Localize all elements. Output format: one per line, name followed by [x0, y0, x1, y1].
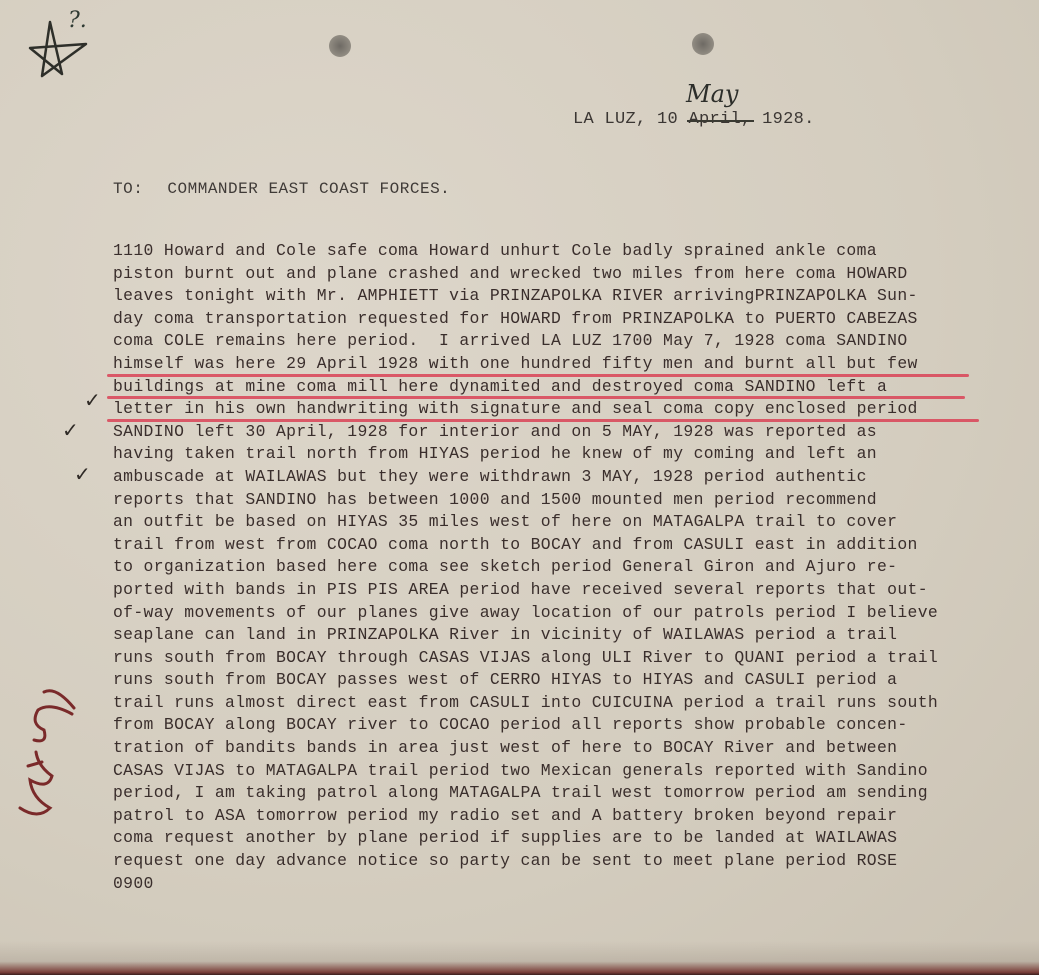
body-line: piston burnt out and plane crashed and w… — [113, 263, 1013, 286]
body-line: reports that SANDINO has between 1000 an… — [113, 489, 1013, 512]
body-line: 1110 Howard and Cole safe coma Howard un… — [113, 240, 1013, 263]
body-line: request one day advance notice so party … — [113, 850, 1013, 873]
body-line: having taken trail north from HIYAS peri… — [113, 443, 1013, 466]
body-line: letter in his own handwriting with signa… — [113, 398, 1013, 421]
body-line: runs south from BOCAY passes west of CER… — [113, 669, 1013, 692]
body-line: tration of bandits bands in area just we… — [113, 737, 1013, 760]
body-line: runs south from BOCAY through CASAS VIJA… — [113, 647, 1013, 670]
body-line: CASAS VIJAS to MATAGALPA trail period tw… — [113, 760, 1013, 783]
addressee-line: TO: COMMANDER EAST COAST FORCES. — [113, 180, 450, 198]
body-line: himself was here 29 April 1928 with one … — [113, 353, 1013, 376]
body-line: seaplane can land in PRINZAPOLKA River i… — [113, 624, 1013, 647]
body-line: of-way movements of our planes give away… — [113, 602, 1013, 625]
body-line: from BOCAY along BOCAY river to COCAO pe… — [113, 714, 1013, 737]
question-mark-annotation: ?. — [68, 8, 87, 33]
addressee-label: TO: — [113, 180, 143, 198]
struck-month: April, — [689, 110, 752, 129]
punch-hole-left — [329, 35, 351, 57]
checkmark-icon: ✓ — [84, 388, 101, 412]
body-line: period, I am taking patrol along MATAGAL… — [113, 782, 1013, 805]
body-line: buildings at mine coma mill here dynamit… — [113, 376, 1013, 399]
message-body: 1110 Howard and Cole safe coma Howard un… — [113, 240, 1013, 895]
document-page: ?. May LA LUZ, 10 April, 1928. TO: COMMA… — [0, 0, 1039, 975]
body-line: SANDINO left 30 April, 1928 for interior… — [113, 421, 1013, 444]
handwritten-date-correction: May — [686, 80, 738, 108]
body-line: an outfit be based on HIYAS 35 miles wes… — [113, 511, 1013, 534]
body-line: ambuscade at WAILAWAS but they were with… — [113, 466, 1013, 489]
body-line: ported with bands in PIS PIS AREA period… — [113, 579, 1013, 602]
paper-bottom-edge — [0, 941, 1039, 975]
margin-signature — [8, 680, 78, 820]
checkmark-icon: ✓ — [74, 462, 91, 486]
body-line: trail runs almost direct east from CASUL… — [113, 692, 1013, 715]
punch-hole-right — [692, 33, 714, 55]
body-line: coma request another by plane period if … — [113, 827, 1013, 850]
dateline-year: 1928. — [762, 110, 815, 129]
dateline-place: LA LUZ, 10 — [573, 110, 678, 129]
body-line: leaves tonight with Mr. AMPHIETT via PRI… — [113, 285, 1013, 308]
body-line: day coma transportation requested for HO… — [113, 308, 1013, 331]
checkmark-icon: ✓ — [62, 418, 79, 442]
body-line: patrol to ASA tomorrow period my radio s… — [113, 805, 1013, 828]
dateline: LA LUZ, 10 April, 1928. — [573, 110, 815, 129]
body-line: coma COLE remains here period. I arrived… — [113, 330, 1013, 353]
addressee-value: COMMANDER EAST COAST FORCES. — [167, 180, 450, 198]
body-line: trail from west from COCAO coma north to… — [113, 534, 1013, 557]
body-line: 0900 — [113, 873, 1013, 896]
body-line: to organization based here coma see sket… — [113, 556, 1013, 579]
